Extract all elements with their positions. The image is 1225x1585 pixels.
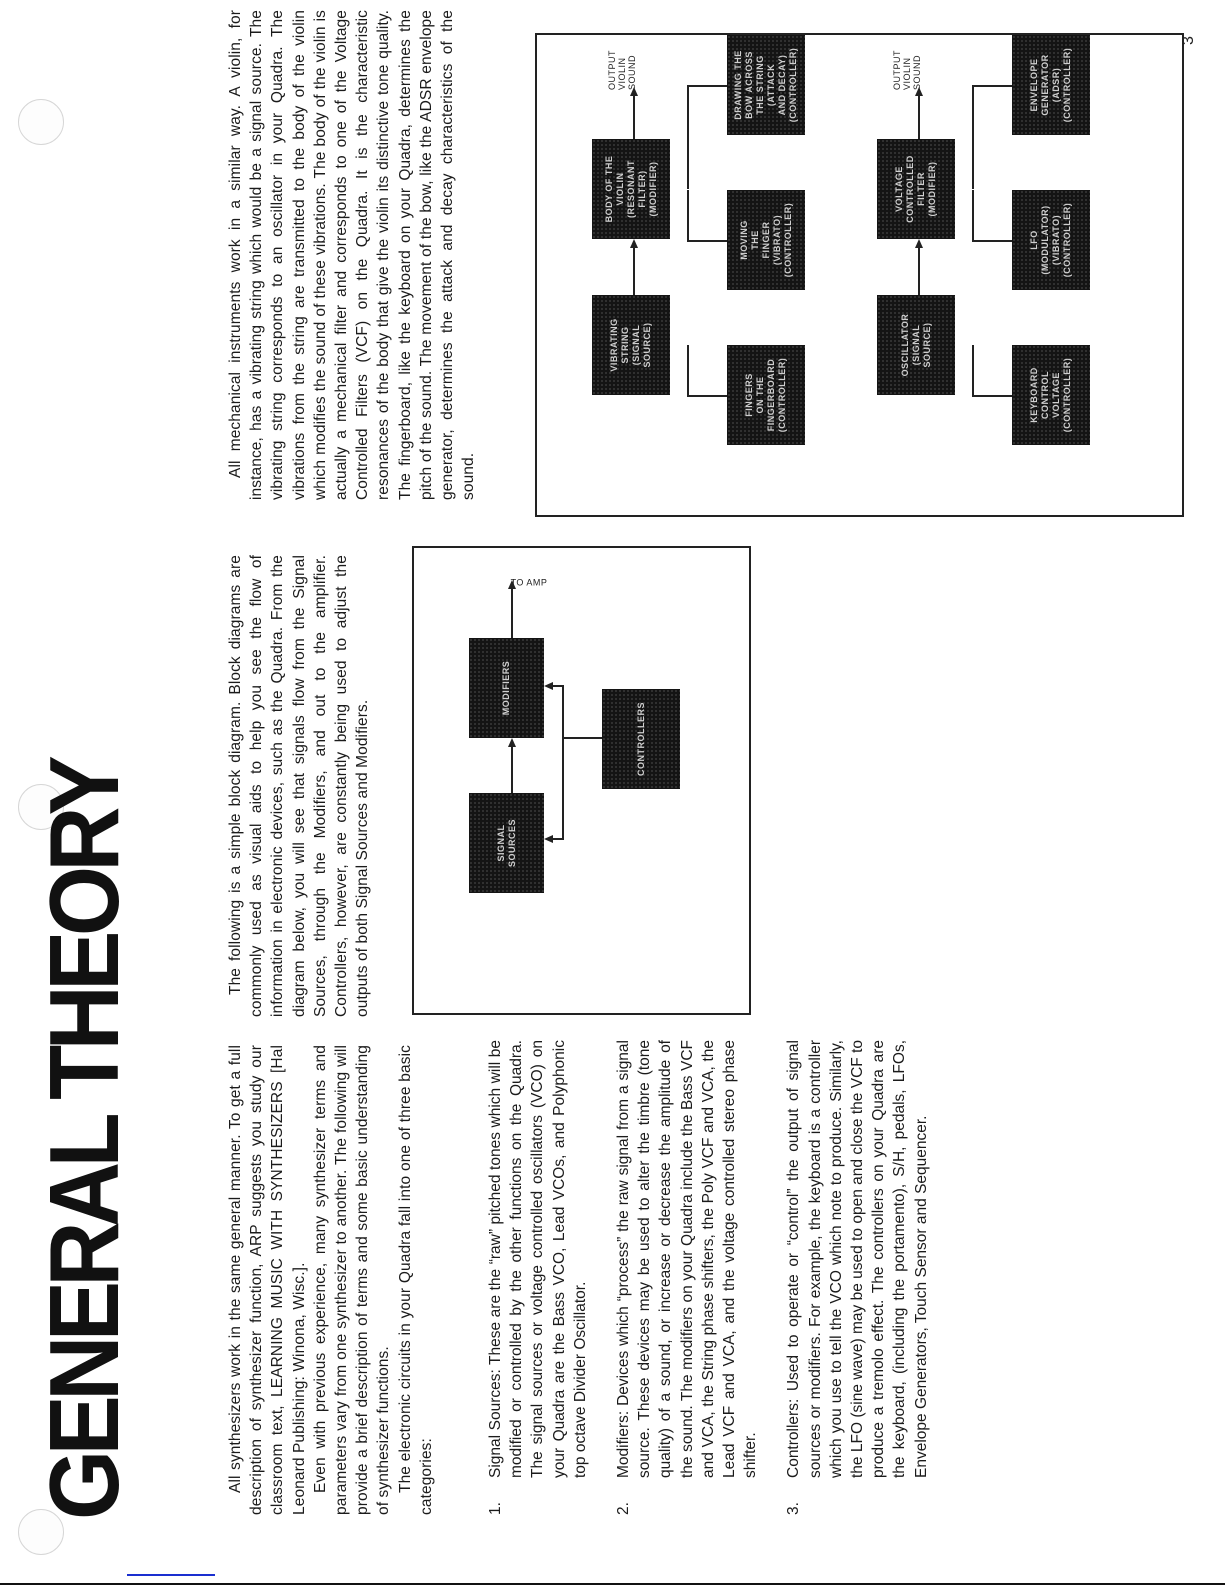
control-line: [552, 838, 564, 840]
block-diagram-intro: The following is a simple block diagram.…: [225, 555, 373, 1017]
document-page: GENERAL THEORY All synthesizers work in …: [0, 0, 1225, 1585]
output-line: [633, 95, 635, 139]
output-line: [918, 95, 920, 139]
intro-paragraph: Even with previous experience, many synt…: [310, 1045, 395, 1515]
list-item-controllers: 3. Controllers: Used to operate or “cont…: [783, 1040, 931, 1515]
bow-controller-block: DRAWING THE BOW ACROSS THE STRING (ATTAC…: [727, 35, 805, 135]
control-line: [972, 190, 974, 242]
control-line: [562, 737, 602, 739]
control-line: [687, 190, 689, 242]
block-diagram-paragraph: The following is a simple block diagram.…: [225, 555, 373, 1017]
list-item-signal-sources: 1. Signal Sources: These are the “raw” p…: [485, 1040, 591, 1515]
arrow-right-icon: [508, 738, 516, 747]
output-violin-sound-label: OUTPUT VIOLIN SOUND: [892, 50, 922, 90]
oscillator-block: OSCILLATOR (SIGNAL SOURCE): [877, 295, 955, 395]
control-line: [552, 685, 564, 687]
simple-block-diagram: SIGNAL SOURCES MODIFIERS CONTROLLERS TO …: [412, 546, 751, 1015]
list-number: 1.: [485, 1478, 591, 1515]
control-line: [972, 85, 974, 189]
list-text: Modifiers: Devices which “process” the r…: [613, 1040, 761, 1478]
signal-sources-block: SIGNAL SOURCES: [469, 793, 544, 893]
control-line: [687, 395, 727, 397]
control-line: [687, 85, 689, 189]
vibrato-controller-block: MOVING THE FINGER (VIBRATO) (CONTROLLER): [727, 190, 805, 290]
envelope-controller-block: ENVELOPE GENERATOR (ADSR) (CONTROLLER): [1012, 35, 1090, 135]
signal-flow-line: [918, 247, 920, 295]
control-line: [687, 240, 727, 242]
page-number: 3: [1180, 36, 1198, 45]
intro-paragraph: All synthesizers work in the same genera…: [225, 1045, 310, 1515]
arrow-right-icon: [915, 239, 923, 248]
violin-body-block: BODY OF THE VIOLIN (RESONANT FILTER) (MO…: [592, 139, 670, 239]
controllers-block: CONTROLLERS: [602, 689, 680, 789]
scan-artifact-line: [127, 1574, 215, 1576]
modifiers-block: MODIFIERS: [469, 638, 544, 738]
violin-analogy-column: All mechanical instruments work in a sim…: [225, 10, 479, 500]
fingerboard-controller-block: FINGERS ON THE FINGERBOARD (CONTROLLER): [727, 345, 805, 445]
category-list: 1. Signal Sources: These are the “raw” p…: [485, 1040, 954, 1515]
list-number: 3.: [783, 1478, 931, 1515]
lfo-controller-block: LFO (MODULATOR) (VIBRATO) (CONTROLLER): [1012, 190, 1090, 290]
vibrating-string-block: VIBRATING STRING (SIGNAL SOURCE): [592, 295, 670, 395]
arrow-right-icon: [630, 239, 638, 248]
list-text: Controllers: Used to operate or “control…: [783, 1040, 931, 1478]
signal-flow-line: [511, 746, 513, 793]
signal-flow-line: [633, 247, 635, 295]
control-line: [972, 240, 1012, 242]
list-number: 2.: [613, 1478, 761, 1515]
intro-paragraph: The electronic circuits in your Quadra f…: [395, 1045, 437, 1515]
arrow-up-icon: [544, 835, 553, 843]
control-line: [687, 345, 689, 397]
vcf-block: VOLTAGE CONTROLLED FILTER (MODIFIER): [877, 139, 955, 239]
violin-analogy-paragraph: All mechanical instruments work in a sim…: [225, 10, 479, 500]
to-amp-label: TO AMP: [511, 578, 548, 588]
list-item-modifiers: 2. Modifiers: Devices which “process” th…: [613, 1040, 761, 1515]
control-line: [687, 85, 727, 87]
control-line: [972, 345, 974, 397]
intro-column: All synthesizers work in the same genera…: [225, 1045, 437, 1515]
control-line: [562, 685, 564, 840]
keyboard-controller-block: KEYBOARD CONTROL VOLTAGE (CONTROLLER): [1012, 345, 1090, 445]
arrow-up-icon: [544, 682, 553, 690]
output-line: [511, 588, 513, 638]
output-violin-sound-label: OUTPUT VIOLIN SOUND: [607, 50, 637, 90]
page-title: GENERAL THEORY: [35, 761, 133, 1520]
punch-hole: [18, 99, 64, 145]
list-text: Signal Sources: These are the “raw” pitc…: [485, 1040, 591, 1478]
control-line: [972, 85, 1012, 87]
violin-quadra-diagram: VIBRATING STRING (SIGNAL SOURCE) BODY OF…: [535, 33, 1184, 517]
control-line: [972, 395, 1012, 397]
